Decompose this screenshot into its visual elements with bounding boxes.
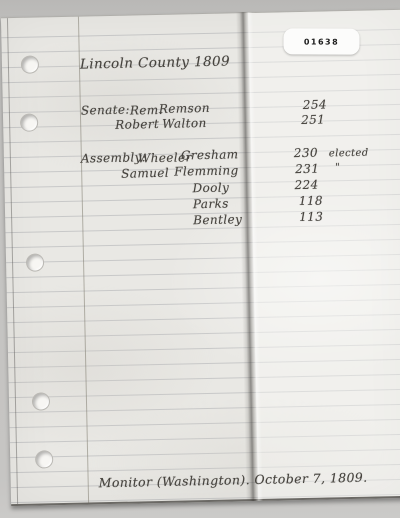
candidate-votes: 251	[301, 112, 325, 127]
candidate-votes: 224	[294, 178, 318, 193]
hole-punch-1	[21, 55, 39, 73]
right-page-overlay	[248, 10, 400, 499]
candidate-note: elected	[329, 148, 369, 160]
scanned-document: 01638 Lincoln County 1809 Senate: Rem. R…	[0, 0, 400, 518]
senate-label: Senate:	[81, 103, 130, 118]
catalog-sticker: 01638	[283, 28, 359, 54]
hole-punch-5	[35, 450, 53, 468]
candidate-votes: 230	[294, 146, 318, 161]
candidate-note-ditto: "	[335, 162, 340, 173]
notebook-page: 01638 Lincoln County 1809 Senate: Rem. R…	[1, 9, 400, 506]
hole-punch-3	[26, 253, 44, 271]
candidate-last-name: Bentley	[193, 212, 242, 227]
margin-rule-line	[78, 17, 89, 503]
hole-punch-2	[20, 113, 38, 131]
candidate-last-name: Dooly	[192, 180, 229, 195]
hole-punch-4	[32, 392, 50, 410]
candidate-last-name: Gresham	[181, 147, 239, 162]
assembly-label: Assembly:	[81, 150, 147, 165]
doc-title: Lincoln County 1809	[80, 53, 230, 72]
candidate-last-name: Remson	[159, 101, 210, 116]
page-left-edge-line	[7, 18, 18, 504]
candidate-last-name: Walton	[162, 116, 207, 131]
candidate-votes: 254	[303, 97, 327, 112]
catalog-number: 01638	[304, 37, 339, 46]
candidate-votes: 113	[299, 210, 323, 225]
candidate-first-name: Robert	[115, 117, 159, 132]
candidate-votes: 118	[299, 194, 323, 209]
candidate-last-name: Flemming	[174, 163, 239, 178]
candidate-first-name: Samuel	[121, 166, 169, 181]
candidate-votes: 231	[295, 162, 319, 177]
candidate-last-name: Parks	[193, 197, 229, 212]
